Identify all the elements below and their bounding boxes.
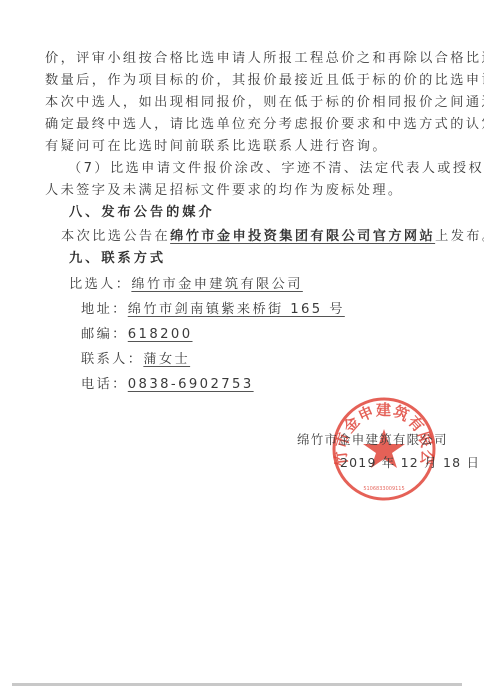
publish-media-line: 本次比选公告在绵竹市金申投资集团有限公司官方网站上发布。 bbox=[61, 229, 484, 245]
document-page: 价，评审小组按合格比选申请人所报工程总价之和再除以合格比选申请人的 数量后，作为… bbox=[0, 0, 484, 683]
paragraph-line: 有疑问可在比选时间前联系比选联系人进行咨询。 bbox=[45, 139, 388, 155]
official-website-link[interactable]: 绵竹市金申投资集团有限公司官方网站 bbox=[170, 229, 435, 244]
signature-date: 2019 年 12 月 18 日 bbox=[340, 453, 480, 471]
section-9-heading: 九、联系方式 bbox=[69, 251, 166, 267]
company-seal-icon: 绵竹市金申建筑有限公司 5106833009115 bbox=[330, 395, 438, 503]
contact-label: 电话： bbox=[81, 377, 128, 392]
contact-label: 比选人： bbox=[69, 277, 131, 292]
contact-row-person: 联系人：蒲女士 bbox=[81, 352, 190, 368]
contact-row-phone: 电话：0838-6902753 bbox=[81, 377, 254, 393]
clause-7-line: 人未签字及未满足招标文件要求的均作为废标处理。 bbox=[45, 183, 404, 199]
paragraph-line: 本次中选人，如出现相同报价，则在低于标的价相同报价之间通过随机抽取 bbox=[45, 95, 484, 111]
contact-label: 地址： bbox=[81, 302, 128, 317]
publish-text-before: 本次比选公告在 bbox=[61, 229, 170, 244]
contact-label: 邮编： bbox=[81, 327, 128, 342]
clause-7-line: （7）比选申请文件报价涂改、字迹不清、法定代表人或授权委托代理 bbox=[68, 161, 484, 177]
contact-value: 0838-6902753 bbox=[128, 377, 254, 392]
paragraph-line: 数量后，作为项目标的价，其报价最接近且低于标的价的比选申请人确定为 bbox=[45, 73, 484, 89]
contact-value: 绵竹市金申建筑有限公司 bbox=[131, 277, 302, 292]
contact-row-address: 地址：绵竹市剑南镇紫来桥街 165 号 bbox=[81, 302, 345, 318]
contact-value: 618200 bbox=[128, 327, 193, 342]
contact-value: 蒲女士 bbox=[143, 352, 190, 367]
contact-label: 联系人： bbox=[81, 352, 143, 367]
publish-text-after: 上发布。 bbox=[435, 229, 484, 244]
paragraph-line: 确定最终中选人，请比选单位充分考虑报价要求和中选方式的认定标准，如 bbox=[45, 117, 484, 133]
contact-row-postcode: 邮编：618200 bbox=[81, 327, 193, 343]
contact-row-bidder: 比选人：绵竹市金申建筑有限公司 bbox=[69, 277, 303, 293]
section-8-heading: 八、发布公告的媒介 bbox=[69, 205, 215, 221]
signature-company: 绵竹市金申建筑有限公司 bbox=[297, 430, 448, 448]
paragraph-line: 价，评审小组按合格比选申请人所报工程总价之和再除以合格比选申请人的 bbox=[45, 51, 484, 67]
contact-value: 绵竹市剑南镇紫来桥街 165 号 bbox=[128, 302, 345, 317]
seal-code: 5106833009115 bbox=[363, 486, 404, 492]
